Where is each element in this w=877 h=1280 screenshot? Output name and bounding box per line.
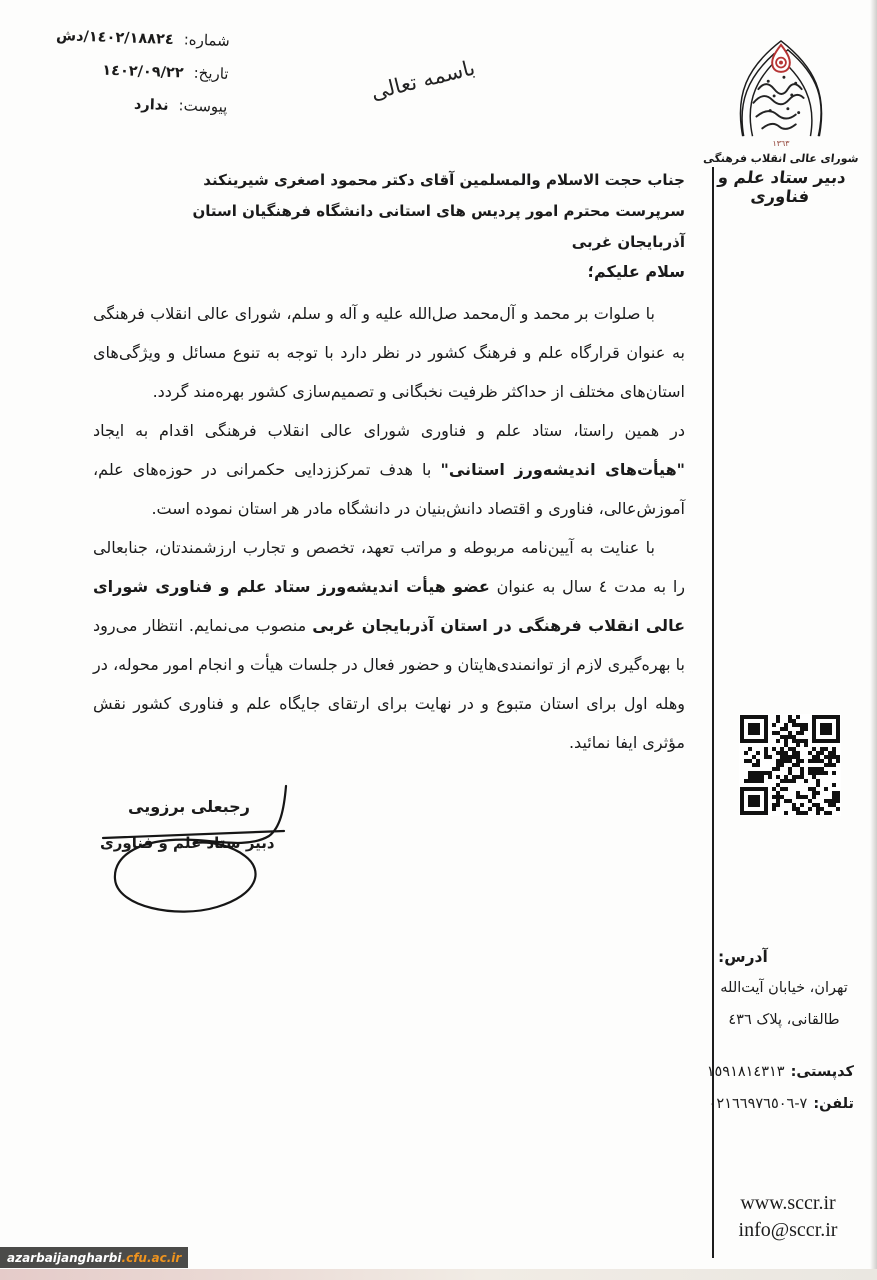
body-paragraph: با صلوات بر محمد و آل‌محمد صل‌الله علیه … — [93, 294, 685, 411]
letter-date-label: تاریخ: — [193, 64, 229, 83]
letter-number-label: شماره: — [183, 30, 230, 50]
postal-code-label: کدپستی: — [791, 1064, 854, 1080]
emblem-year: ١٣٦٣ — [773, 139, 790, 148]
org-name-line2: دبیر ستاد علم و فناوری — [696, 168, 866, 206]
letter-attachment-label: پیوست: — [178, 96, 227, 116]
org-logo: ١٣٦٣ شورای عالی انقلاب فرهنگی دبیر ستاد … — [698, 34, 864, 206]
body-paragraph: در همین راستا، ستاد علم و فناوری شورای ع… — [93, 411, 685, 528]
phone-value: ٧-٠٢١٦٦٩٧٦٥٠٦ — [709, 1096, 808, 1112]
address-line1: تهران، خیابان آیت‌الله — [714, 978, 854, 998]
website-url: www.sccr.ir — [712, 1190, 864, 1217]
recipient-block: جناب حجت الاسلام والمسلمین آقای دکتر محم… — [140, 165, 685, 258]
scan-edge-right — [870, 0, 877, 1280]
postal-code-row: کدپستی: ١٥٩١٨١٤٣١٣ — [714, 1064, 854, 1080]
salutation: سلام علیکم؛ — [588, 262, 685, 281]
phone-row: تلفن: ٧-٠٢١٦٦٩٧٦٥٠٦ — [714, 1096, 854, 1112]
address-line2: طالقانی، پلاک ٤٣٦ — [714, 1010, 854, 1030]
sccr-emblem-icon: ١٣٦٣ — [727, 34, 835, 150]
postal-code-value: ١٥٩١٨١٤٣١٣ — [707, 1064, 785, 1080]
address-label: آدرس: — [714, 948, 854, 966]
qr-code — [739, 714, 841, 816]
letter-page: شماره: ١٤٠٢/١٨٨٢٤/دش تاریخ: ١٤٠٢/٠٩/٢٢ پ… — [0, 0, 877, 1280]
letter-number-value: ١٤٠٢/١٨٨٢٤/دش — [56, 28, 174, 48]
scan-edge-bottom — [0, 1269, 877, 1280]
emblem-flame-icon — [772, 45, 790, 72]
phone-label: تلفن: — [813, 1096, 854, 1112]
body-paragraph: با عنایت به آیین‌نامه مربوطه و مراتب تعه… — [93, 528, 685, 762]
letter-attachment-row: پیوست: ندارد — [17, 91, 228, 116]
web-contact-block: www.sccr.ir info@sccr.ir — [712, 1190, 864, 1244]
email-address: info@sccr.ir — [712, 1217, 864, 1244]
letter-date-row: تاریخ: ١٤٠٢/٠٩/٢٢ — [18, 58, 229, 83]
site-watermark: azarbaijangharbi.cfu.ac.ir — [0, 1247, 188, 1268]
letter-number-row: شماره: ١٤٠٢/١٨٨٢٤/دش — [19, 25, 230, 50]
watermark-text-domain: .cfu.ac.ir — [122, 1251, 182, 1265]
handwritten-signature — [98, 780, 316, 922]
watermark-text-main: azarbaijangharbi — [7, 1251, 122, 1265]
recipient-name: جناب حجت الاسلام والمسلمین آقای دکتر محم… — [140, 165, 685, 196]
recipient-position: سرپرست محترم امور پردیس های استانی دانشگ… — [140, 196, 685, 258]
contact-block: آدرس: تهران، خیابان آیت‌الله طالقانی، پل… — [714, 948, 854, 1112]
org-name-line1: شورای عالی انقلاب فرهنگی — [697, 152, 864, 165]
letter-body: با صلوات بر محمد و آل‌محمد صل‌الله علیه … — [93, 294, 685, 762]
letter-attachment-value: ندارد — [134, 97, 169, 114]
letter-meta-block: شماره: ١٤٠٢/١٨٨٢٤/دش تاریخ: ١٤٠٢/٠٩/٢٢ پ… — [17, 25, 230, 131]
bismillah-calligraphy: باسمه تعالی — [347, 50, 498, 110]
letter-date-value: ١٤٠٢/٠٩/٢٢ — [102, 63, 184, 82]
